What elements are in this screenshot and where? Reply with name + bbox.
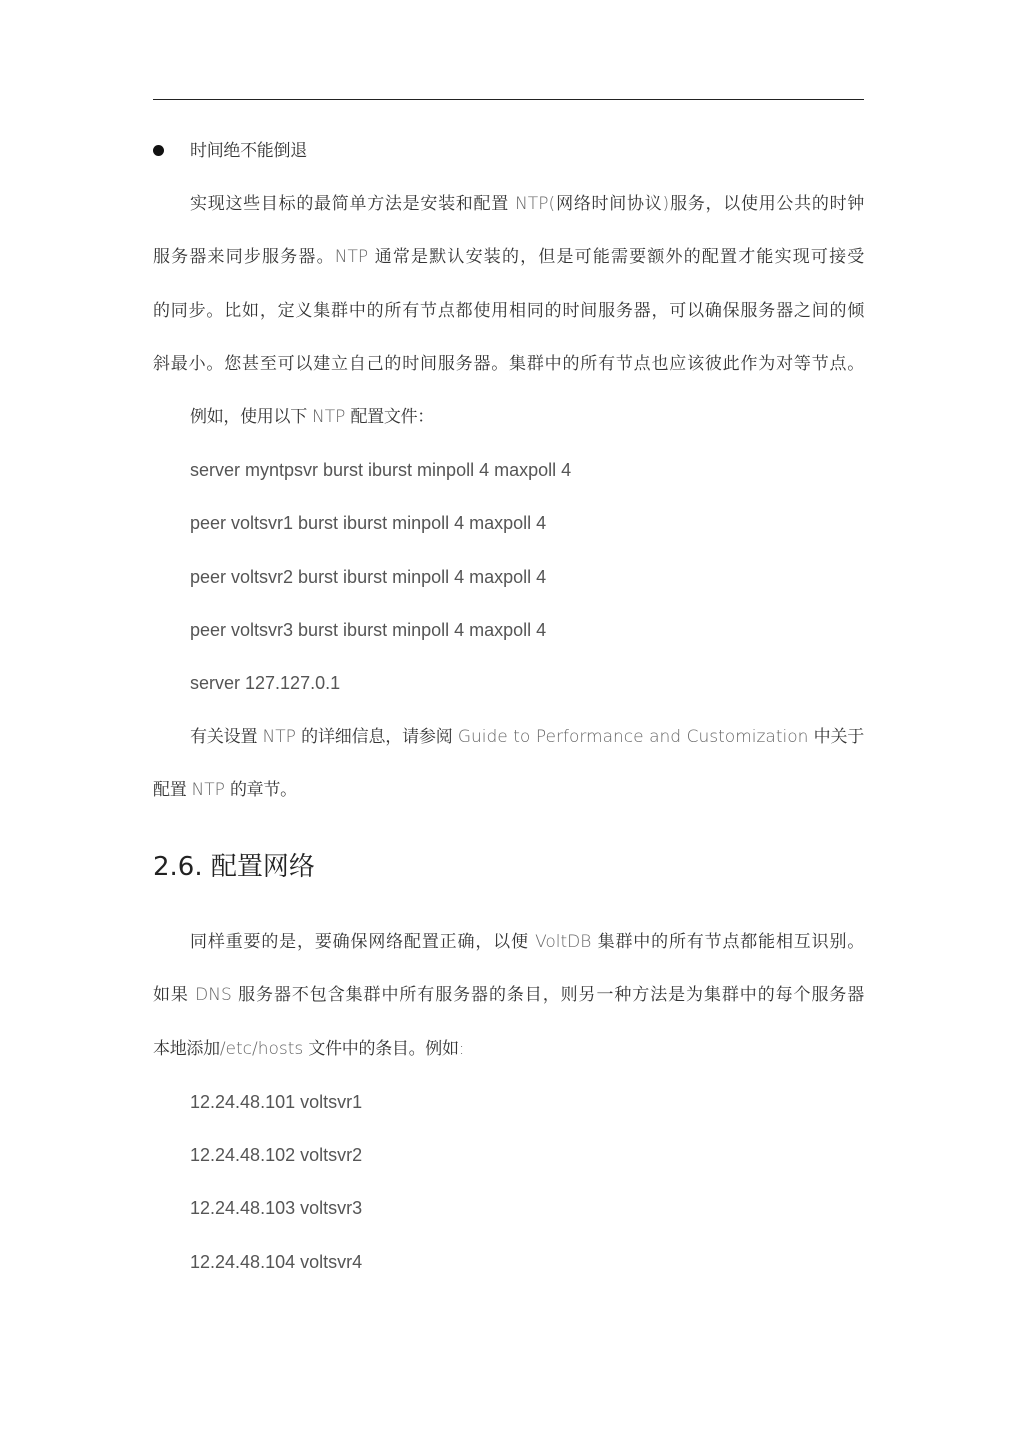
paragraph-example-intro: 例如，使用以下 NTP 配置文件： <box>190 405 864 429</box>
ntp-config-line: server myntpsvr burst iburst minpoll 4 m… <box>190 458 864 482</box>
paragraph-ntp-reference-line-2: 配置 NTP 的章节。 <box>153 778 864 802</box>
paragraph-ntp-reference-line-1: 有关设置 NTP 的详细信息，请参阅 Guide to Performance … <box>190 725 864 749</box>
ntp-config-line: peer voltsvr3 burst iburst minpoll 4 max… <box>190 618 864 642</box>
paragraph-ntp-line-3: 的同步。比如，定义集群中的所有节点都使用相同的时间服务器，可以确保服务器之间的倾 <box>153 299 864 323</box>
hosts-entry: 12.24.48.104 voltsvr4 <box>190 1250 864 1274</box>
header-rule <box>153 99 864 100</box>
ntp-config-line: peer voltsvr1 burst iburst minpoll 4 max… <box>190 511 864 535</box>
paragraph-network-line-1: 同样重要的是，要确保网络配置正确，以便 VoltDB 集群中的所有节点都能相互识… <box>190 930 864 954</box>
paragraph-ntp-line-4: 斜最小。您甚至可以建立自己的时间服务器。集群中的所有节点也应该彼此作为对等节点。 <box>153 352 864 376</box>
paragraph-network-line-3: 本地添加/etc/hosts 文件中的条目。例如: <box>153 1037 864 1061</box>
ntp-config-line: server 127.127.0.1 <box>190 671 864 695</box>
section-heading: 2.6. 配置网络 <box>153 850 315 884</box>
guide-reference: Guide to Performance and Customization <box>458 727 809 747</box>
paragraph-network-line-2: 如果 DNS 服务器不包含集群中所有服务器的条目，则另一种方法是为集群中的每个服… <box>153 983 864 1007</box>
hosts-entry: 12.24.48.101 voltsvr1 <box>190 1090 864 1114</box>
hosts-entry: 12.24.48.103 voltsvr3 <box>190 1196 864 1220</box>
paragraph-ntp-line-1: 实现这些目标的最简单方法是安装和配置 NTP(网络时间协议)服务，以使用公共的时… <box>190 192 864 216</box>
paragraph-ntp-line-2: 服务器来同步服务器。NTP 通常是默认安装的，但是可能需要额外的配置才能实现可接… <box>153 245 864 269</box>
hosts-entry: 12.24.48.102 voltsvr2 <box>190 1143 864 1167</box>
bullet-item: 时间绝不能倒退 <box>190 139 864 163</box>
bullet-icon <box>153 145 164 156</box>
ntp-config-line: peer voltsvr2 burst iburst minpoll 4 max… <box>190 565 864 589</box>
